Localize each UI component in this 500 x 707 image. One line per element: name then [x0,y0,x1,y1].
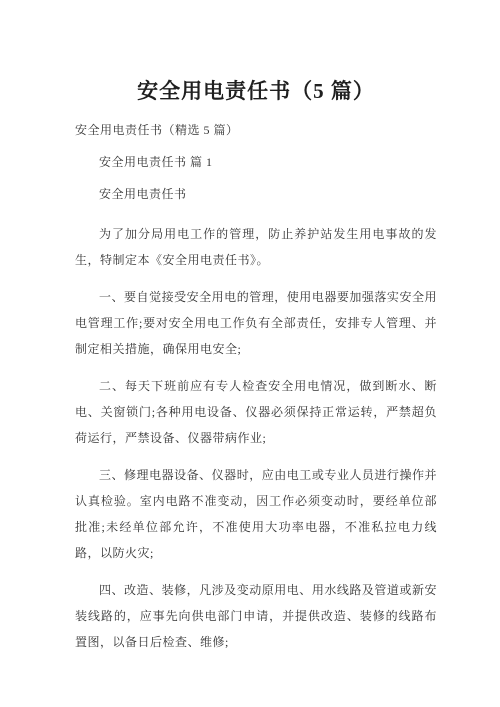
section-heading: 安全用电责任书 篇 1 [75,149,437,175]
paragraph-item-2: 二、每天下班前应有专人检查安全用电情况，做到断水、断电、关窗锁门;各种用电设备、… [75,373,437,451]
paragraph-item-3: 三、修理电器设备、仪器时，应由电工或专业人员进行操作并认真检验。室内电路不准变动… [75,462,437,566]
paragraph-intro: 为了加分局用电工作的管理，防止养护站发生用电事故的发生，特制定本《安全用电责任书… [75,221,437,273]
section-subheading: 安全用电责任书 [75,181,437,207]
paragraph-item-4: 四、改造、装修，凡涉及变动原用电、用水线路及管道或新安装线路的，应事先向供电部门… [75,577,437,655]
paragraph-item-1: 一、要自觉接受安全用电的管理，使用电器要加强落实安全用电管理工作;要对安全用电工… [75,284,437,362]
document-title: 安全用电责任书（5 篇） [75,76,437,106]
document-page: 安全用电责任书（5 篇） 安全用电责任书（精选 5 篇） 安全用电责任书 篇 1… [0,0,500,707]
document-subtitle: 安全用电责任书（精选 5 篇） [75,117,437,143]
